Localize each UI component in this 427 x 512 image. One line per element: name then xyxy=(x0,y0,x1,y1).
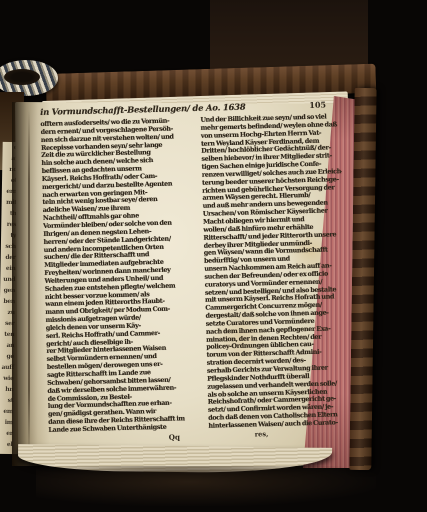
page-number: 105 xyxy=(309,100,326,110)
printed-page-text: in Vormundschafft-Bestellungen/ de Ao. 1… xyxy=(40,99,349,446)
text-column-left: offtern ausfoderseits/ wo die zu Vormün-… xyxy=(40,117,199,435)
endband-core xyxy=(4,69,40,85)
text-columns: offtern ausfoderseits/ wo die zu Vormün-… xyxy=(40,113,348,434)
gutter-crease xyxy=(28,110,30,460)
catchword: res, xyxy=(255,430,269,438)
signature-mark: Qq xyxy=(169,432,181,441)
book-cover-back-edge xyxy=(349,88,376,470)
table-shadow xyxy=(36,466,376,506)
text-column-right: Und der Billichkeit zue seyn/ und so vie… xyxy=(200,113,348,430)
